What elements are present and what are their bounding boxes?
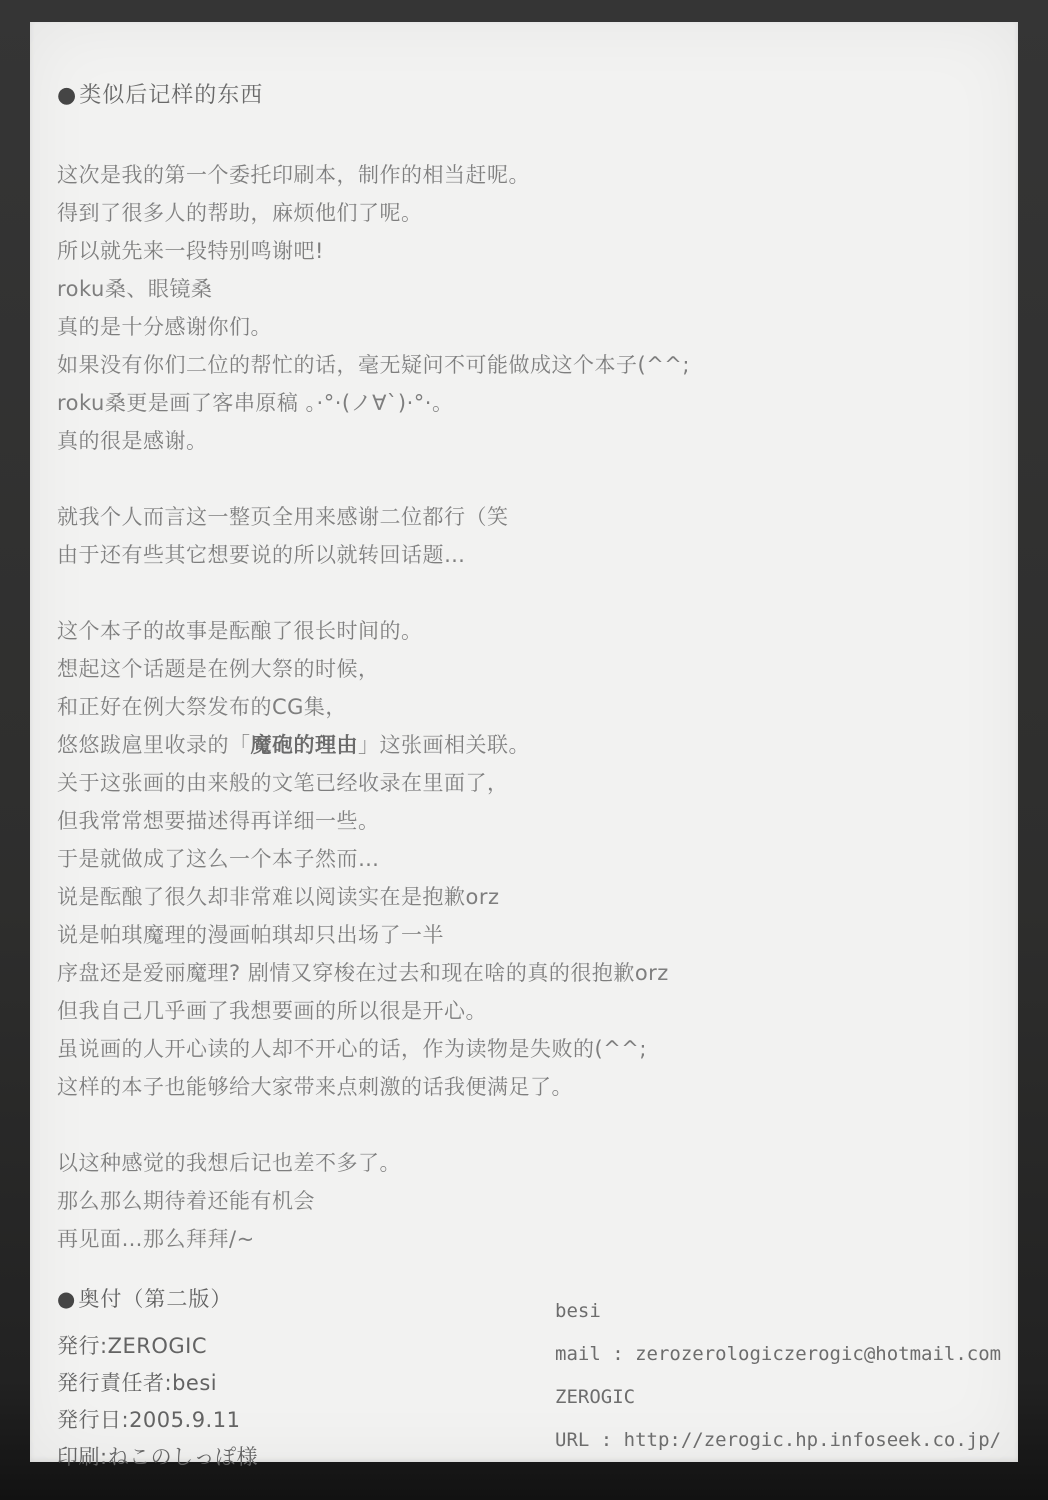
publish-date-line: 発行日:2005.9.11: [57, 1402, 258, 1439]
colophon: ●奥付（第二版） 発行:ZEROGIC 発行責任者:besi 発行日:2005.…: [57, 1284, 258, 1476]
circle-name: ZEROGIC: [555, 1376, 1001, 1419]
publisher-line: 発行:ZEROGIC: [57, 1328, 258, 1365]
text-line: 这次是我的第一个委托印刷本，制作的相当赶呢。: [57, 156, 990, 194]
bullet-icon: ●: [57, 83, 77, 108]
paragraph-farewell: 以这种感觉的我想后记也差不多了。 那么那么期待着还能有机会 再见面…那么拜拜/~: [57, 1144, 990, 1258]
paragraph-thanks: 这次是我的第一个委托印刷本，制作的相当赶呢。 得到了很多人的帮助，麻烦他们了呢。…: [57, 156, 990, 460]
text-line: 就我个人而言这一整页全用来感谢二位都行（笑: [57, 498, 990, 536]
text-line: roku桑更是画了客串原稿 。·°·(ノ∀`)·°·。: [57, 384, 990, 422]
text-line: 那么那么期待着还能有机会: [57, 1182, 990, 1220]
text-line: roku桑、眼镜桑: [57, 270, 990, 308]
text-line: 但我自己几乎画了我想要画的所以很是开心。: [57, 992, 990, 1030]
text-line: 这样的本子也能够给大家带来点刺激的话我便满足了。: [57, 1068, 990, 1106]
colophon-heading: ●奥付（第二版）: [57, 1284, 258, 1314]
text-line: 和正好在例大祭发布的CG集，: [57, 688, 990, 726]
text-line: 由于还有些其它想要说的所以就转回话题…: [57, 536, 990, 574]
contact-info: besi mail : zerozerologiczerogic@hotmail…: [555, 1290, 1001, 1462]
author-name: besi: [555, 1290, 1001, 1333]
paragraph-transition: 就我个人而言这一整页全用来感谢二位都行（笑 由于还有些其它想要说的所以就转回话题…: [57, 498, 990, 574]
text-line: 以这种感觉的我想后记也差不多了。: [57, 1144, 990, 1182]
text-line: 说是帕琪魔理的漫画帕琪却只出场了一半: [57, 916, 990, 954]
text-line: 真的是十分感谢你们。: [57, 308, 990, 346]
colophon-heading-text: 奥付（第二版）: [78, 1287, 232, 1311]
text-line: 所以就先来一段特别鸣谢吧!: [57, 232, 990, 270]
artwork-title-bold: 魔砲的理由: [251, 733, 359, 757]
text-line: 真的很是感谢。: [57, 422, 990, 460]
text-segment: 」这张画相关联。: [358, 733, 530, 757]
text-line: 如果没有你们二位的帮忙的话，毫无疑问不可能做成这个本子(^^;: [57, 346, 990, 384]
url-line: URL : http://zerogic.hp.infoseek.co.jp/: [555, 1419, 1001, 1462]
text-line: 说是酝酿了很久却非常难以阅读实在是抱歉orz: [57, 878, 990, 916]
text-line: 序盘还是爱丽魔理? 剧情又穿梭在过去和现在啥的真的很抱歉orz: [57, 954, 990, 992]
mail-address-line: mail : zerozerologiczerogic@hotmail.com: [555, 1333, 1001, 1376]
text-line: 关于这张画的由来般的文笔已经收录在里面了，: [57, 764, 990, 802]
text-line: 但我常常想要描述得再详细一些。: [57, 802, 990, 840]
text-line: 再见面…那么拜拜/~: [57, 1220, 990, 1258]
paragraph-story-background: 这个本子的故事是酝酿了很长时间的。 想起这个话题是在例大祭的时候， 和正好在例大…: [57, 612, 990, 1106]
text-line: 想起这个话题是在例大祭的时候，: [57, 650, 990, 688]
afterword-heading: ●类似后记样的东西: [57, 82, 990, 110]
text-line: 这个本子的故事是酝酿了很长时间的。: [57, 612, 990, 650]
afterword-body: ●类似后记样的东西 这次是我的第一个委托印刷本，制作的相当赶呢。 得到了很多人的…: [57, 82, 990, 1296]
text-line: 虽说画的人开心读的人却不开心的话，作为读物是失败的(^^;: [57, 1030, 990, 1068]
text-line: 于是就做成了这么一个本子然而…: [57, 840, 990, 878]
text-line-featured: 悠悠跋扈里收录的「魔砲的理由」这张画相关联。: [57, 726, 990, 764]
bullet-icon: ●: [57, 1287, 76, 1311]
responsible-person-line: 発行責任者:besi: [57, 1365, 258, 1402]
text-line: 得到了很多人的帮助，麻烦他们了呢。: [57, 194, 990, 232]
scanned-page: ●类似后记样的东西 这次是我的第一个委托印刷本，制作的相当赶呢。 得到了很多人的…: [30, 22, 1018, 1462]
afterword-heading-text: 类似后记样的东西: [79, 83, 263, 108]
text-segment: 悠悠跋扈里收录的「: [57, 733, 251, 757]
printer-line: 印刷:ねこのしっぽ様: [57, 1439, 258, 1476]
